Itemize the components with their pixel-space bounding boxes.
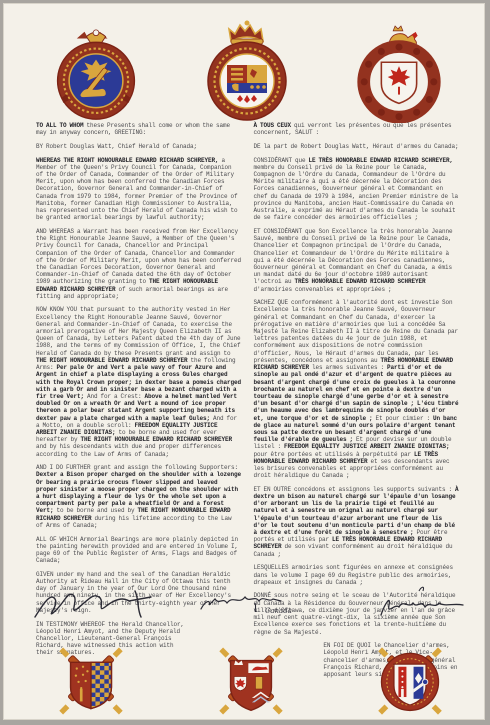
paragraph: ET EN OUTRE concédons et assignons les s… — [254, 486, 460, 558]
paragraph: ALL OF WHICH Armorial Bearings are more … — [36, 536, 242, 565]
paragraph: TO ALL TO WHOM these Presents shall come… — [36, 122, 242, 136]
amyot-arms-badge-icon — [51, 639, 131, 725]
paragraph: À TOUS CEUX qui verront les présentes ou… — [254, 122, 460, 136]
paragraph: NOW KNOW YOU that pursuant to the author… — [36, 306, 242, 457]
canada-annotation: Canada — [265, 607, 292, 615]
canadian-heraldic-authority-badge-icon — [190, 19, 304, 128]
amyot-signature — [31, 583, 171, 629]
richard-signature — [375, 581, 475, 625]
watt-signature: Canada — [197, 591, 307, 623]
richard-arms-badge-icon — [369, 639, 451, 725]
paragraph: ET CONSIDÉRANT que Son Excellence la trè… — [254, 228, 460, 293]
paragraph: AND WHEREAS a Warrant has been received … — [36, 228, 242, 300]
paragraph: WHEREAS THE RIGHT HONOURABLE EDWARD RICH… — [36, 157, 242, 222]
paragraph: CONSIDÉRANT que LE TRÈS HONORABLE EDWARD… — [254, 157, 460, 222]
paragraph: DE la part de Robert Douglas Watt, Hérau… — [254, 143, 460, 150]
chief-herald-badge-icon — [350, 25, 448, 128]
paragraph: AND I DO FURTHER grant and assign the fo… — [36, 464, 242, 529]
letters-patent-page: TO ALL TO WHOM these Presents shall come… — [3, 3, 485, 720]
herald-chancellor-badge-icon — [48, 27, 144, 128]
watt-arms-badge-icon — [211, 639, 291, 725]
paragraph: SACHEZ QUE conformément à l'autorité don… — [254, 299, 460, 479]
paragraph: BY Robert Douglas Watt, Chief Herald of … — [36, 143, 242, 150]
